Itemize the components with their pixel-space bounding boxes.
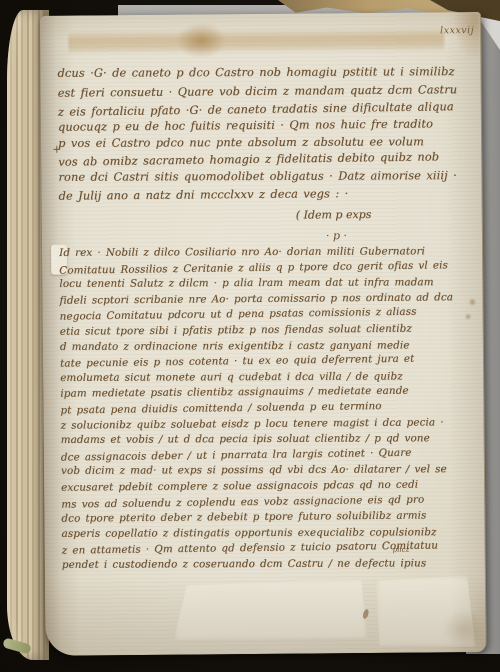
text-line: pendet i custodiendo z coseruando dcm Ca…: [62, 557, 427, 571]
text-line: dco tpore pterito deber z debebit p tpor…: [61, 509, 426, 524]
paragraph-mark: · p ·: [326, 229, 347, 242]
text-line: Comitatuu Rossilios z Ceritanie z aliis …: [59, 259, 448, 276]
text-line: rone dci Castri sitis quomodolibet oblig…: [58, 169, 457, 184]
edge-spot: [468, 298, 476, 306]
text-line: dce assignacois deber / ut i pnarrata lr…: [61, 447, 412, 464]
text-line: negocia Comitatuu pdcoru ut d pena psata…: [60, 306, 417, 323]
text-line: dcus ·G· de caneto p dco Castro nob homa…: [57, 65, 454, 80]
text-line: asperis copellatio z distingatis opportu…: [62, 526, 437, 540]
text-line: de Julij ano a natz dni mccclxxv z deca …: [59, 187, 349, 203]
manuscript-page: lxxxvij + dcus ·G· de caneto p dco Castr…: [40, 12, 487, 656]
text-line: Id rex · Nobili z dilco Cosiliario nro A…: [59, 245, 425, 259]
text-line: vos ab omibz sacrameto homagio z fidelit…: [58, 150, 439, 168]
repair-patch: [173, 578, 368, 642]
text-line: ipam medietate psatis clientibz assignau…: [60, 385, 408, 400]
text-line: excusaret pdebit complere z solue assign…: [61, 479, 418, 494]
text-line: p vos ei Castro pdco nuc pnte absolum z …: [58, 135, 424, 150]
corner-smudge: [443, 610, 485, 648]
text-line: fideli scptori scribanie nre Ao· porta c…: [59, 291, 453, 306]
text-line: ms vos ad soluendu z coplendu eas vobz a…: [61, 494, 424, 511]
stain-blotch: [176, 22, 226, 58]
stain-band: [68, 27, 444, 54]
text-line: vob dicim z mad· ut exps si possims qd v…: [61, 463, 447, 477]
text-line: locu tenenti Salutz z dilcm · p alia lra…: [59, 276, 433, 290]
photo-stage: lxxxvij + dcus ·G· de caneto p dco Castr…: [0, 0, 500, 672]
text-line: est fieri consuetu · Quare vob dicim z m…: [58, 83, 458, 99]
text-line: d mandato z ordinacione nris exigentibz …: [60, 339, 410, 353]
text-line: emolumeta sicut monete auri q cudebat i …: [60, 370, 403, 383]
text-line: tate pecunie eis p nos cotenta · tu ex e…: [60, 353, 414, 370]
text-line: madams et vobis / ut d dca pecia ipis so…: [61, 432, 430, 446]
folio-number: lxxxvij: [440, 25, 474, 36]
section-heading: ( Idem p exps: [296, 208, 372, 222]
text-line: quocuqz p eu de hoc fuitis requisiti · Q…: [58, 117, 433, 133]
text-line: z eis fortaliciu pfato ·G· de caneto tra…: [58, 100, 454, 119]
text-line: z solucionibz quibz soluebat eisdz p loc…: [61, 416, 444, 431]
text-line: z en attametis · Qm attento qd defensio …: [62, 539, 439, 556]
text-line: pt psata pena diuidis comittenda / solue…: [60, 400, 381, 416]
text-line: etia sicut tpore sibi i pfatis ptibz p n…: [60, 323, 412, 338]
interlinear-insertion: plicz: [393, 546, 410, 554]
edge-spot: [465, 313, 472, 320]
